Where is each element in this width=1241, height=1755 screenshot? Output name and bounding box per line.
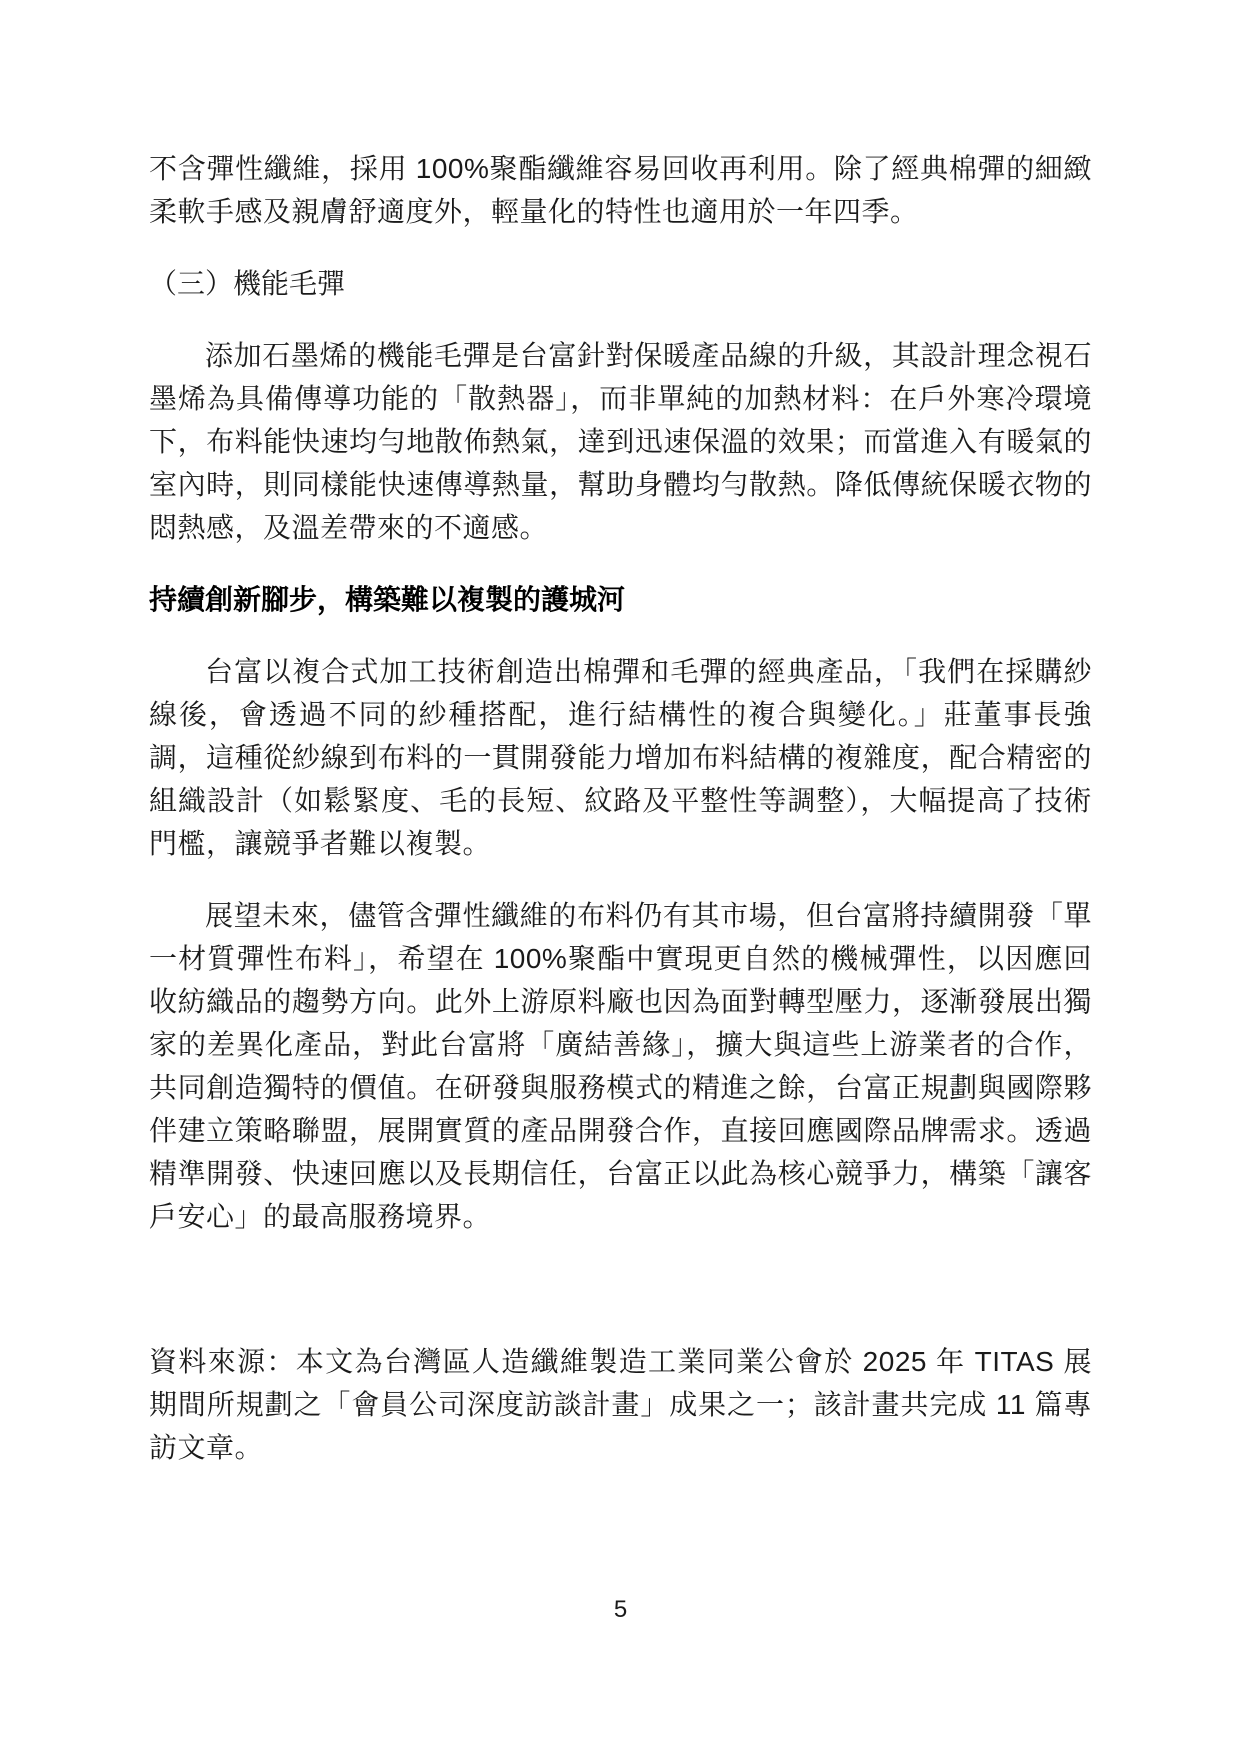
source-note: 資料來源：本文為台灣區人造纖維製造工業同業公會於 2025 年 TITAS 展期… [149,1340,1092,1469]
paragraph-section3-body: 添加石墨烯的機能毛彈是台富針對保暖產品線的升級，其設計理念視石墨烯為具備傳導功能… [149,334,1092,549]
document-page: 不含彈性纖維，採用 100%聚酯纖維容易回收再利用。除了經典棉彈的細緻柔軟手感及… [0,0,1241,1755]
paragraph-intro-continuation: 不含彈性纖維，採用 100%聚酯纖維容易回收再利用。除了經典棉彈的細緻柔軟手感及… [149,147,1092,233]
section-heading-3: （三）機能毛彈 [149,262,1092,305]
page-number: 5 [0,1593,1241,1627]
heading-innovation-moat: 持續創新腳步，構築難以複製的護城河 [149,578,1092,621]
paragraph-innovation-body1: 台富以複合式加工技術創造出棉彈和毛彈的經典產品，「我們在採購紗線後，會透過不同的… [149,650,1092,865]
paragraph-innovation-body2: 展望未來，儘管含彈性纖維的布料仍有其市場，但台富將持續開發「單一材質彈性布料」，… [149,894,1092,1238]
